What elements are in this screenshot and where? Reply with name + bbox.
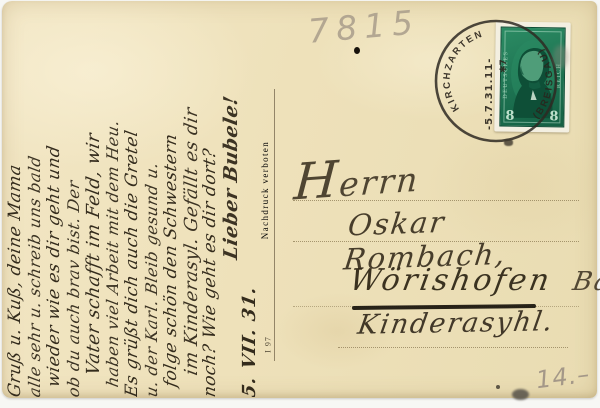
handwriting-line: ob du auch brav bist. Der bbox=[64, 11, 84, 397]
small-ink-dot bbox=[496, 385, 500, 389]
stamp-value-left: 8 bbox=[505, 109, 514, 124]
handwriting-line: noch? Wie geht es dir dort? bbox=[200, 11, 220, 397]
handwriting-line: folge schön den Schwestern bbox=[161, 11, 181, 397]
postcard-back: Gruß u. Kuß, deine Mamaalle sehr u. schr… bbox=[2, 1, 597, 398]
postmark-town-text: KIRCHZARTEN bbox=[442, 28, 486, 113]
address-city-row: Wörishofen Bayern bbox=[350, 263, 600, 298]
handwriting-line: 5. VII. 31. bbox=[239, 11, 259, 397]
right-edge-smudge bbox=[553, 45, 568, 69]
handwriting-line: alle sehr u. schreib uns bald bbox=[25, 11, 45, 397]
stamp-design: DEUTSCHES REICH 8 8 bbox=[499, 27, 565, 128]
ink-dot bbox=[354, 47, 360, 54]
pencil-price: 14.– bbox=[534, 360, 591, 394]
handwriting-line: wieder wie es dir geht und bbox=[44, 11, 64, 397]
handwriting-line: im Kinderasyl. Gefällt es dir bbox=[181, 11, 201, 397]
handwriting-line: u. der Karl. Bleib gesund u. bbox=[142, 11, 162, 397]
address-dotted-line-4 bbox=[338, 347, 568, 348]
publisher-mark: I 97 bbox=[264, 325, 273, 365]
photo-background: { "postcard": { "pencil_number": "7815",… bbox=[0, 0, 600, 408]
handwriting-line: Es grüßt dich auch die Gretel bbox=[122, 11, 142, 397]
address-area-smudge bbox=[504, 139, 513, 146]
handwriting-line: Lieber Bubele! bbox=[220, 11, 240, 397]
handwriting-line: Vater schafft im Feld, wir bbox=[83, 11, 103, 397]
address-institution: Kinderasyhl. bbox=[356, 306, 557, 341]
postage-stamp: DEUTSCHES REICH 8 8 bbox=[494, 21, 571, 132]
stamp-value-right: 8 bbox=[549, 109, 558, 124]
address-salutation: Herrn bbox=[292, 144, 422, 211]
divider-line bbox=[274, 89, 275, 361]
address-region: Bayern bbox=[570, 267, 600, 297]
copyright-text: Nachdruck verboten bbox=[260, 124, 270, 256]
handwriting-line: Gruß u. Kuß, deine Mama bbox=[5, 11, 25, 397]
bottom-smudge bbox=[512, 389, 529, 400]
handwriting-line: haben viel Arbeit mit dem Heu. bbox=[103, 11, 123, 397]
address-city: Wörishofen bbox=[347, 263, 555, 298]
stamp-country-left: DEUTSCHES bbox=[503, 45, 510, 105]
pencil-catalog-number: 7815 bbox=[307, 2, 422, 51]
postmark-date: -5.7.31.11- bbox=[484, 58, 495, 130]
message-handwriting: Gruß u. Kuß, deine Mamaalle sehr u. schr… bbox=[5, 11, 259, 397]
